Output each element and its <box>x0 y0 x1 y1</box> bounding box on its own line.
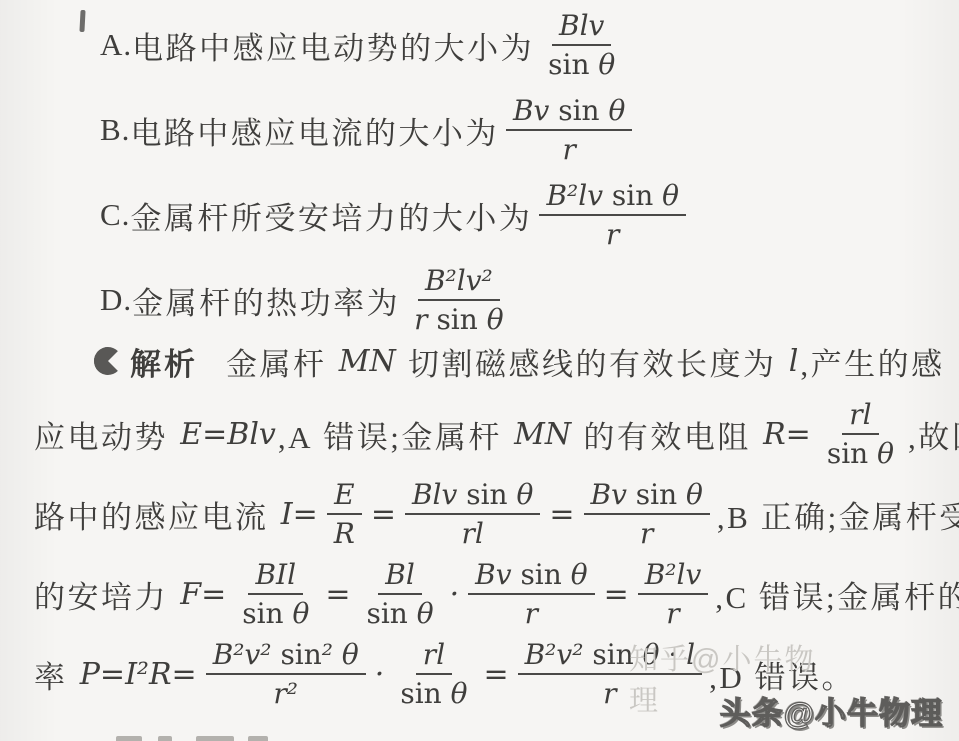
math-segment: = <box>483 657 508 692</box>
math-segment: B²v² sin θ · l <box>525 638 696 671</box>
text-segment: ,产生的感 <box>800 339 944 384</box>
math-segment: B²v² sin² θ <box>213 638 359 671</box>
pacman-bullet-icon <box>94 347 122 375</box>
math-segment: sin θ <box>548 48 615 81</box>
fraction-numerator: Bv sin θ <box>584 480 710 515</box>
math-segment: r² <box>273 677 298 710</box>
math-segment: rl <box>849 398 871 431</box>
fraction-denominator: sin θ <box>359 595 440 628</box>
fraction-denominator: r <box>633 515 660 548</box>
text-segment: ,B 正确;金属杆受到 <box>717 492 959 537</box>
fraction-denominator: r <box>518 595 545 628</box>
math-segment: = <box>604 577 629 612</box>
option-A: A.电路中感应电动势的大小为Blvsin θ <box>100 4 693 86</box>
math-segment: Bv sin θ <box>475 558 587 591</box>
math-segment: Bl <box>385 558 415 591</box>
math-segment: B²lv <box>645 558 702 591</box>
fraction: Bv sin θr <box>468 560 594 629</box>
option-label: A. <box>100 27 132 63</box>
math-segment: E=Blv <box>180 417 276 452</box>
math-segment: P=I²R= <box>80 657 197 692</box>
fraction-denominator: r <box>599 216 626 249</box>
fraction-denominator: sin θ <box>235 595 316 628</box>
fraction-denominator: r <box>659 595 686 628</box>
math-segment: = <box>325 577 350 612</box>
option-label: B. <box>100 112 130 148</box>
fraction-numerator: BIl <box>248 560 303 595</box>
fraction-numerator: B²lv sin θ <box>539 181 686 216</box>
text-segment: 的安培力 <box>34 572 178 617</box>
math-segment: E <box>334 478 354 511</box>
math-segment: · <box>450 577 460 612</box>
fraction: rlsin θ <box>820 400 901 469</box>
option-text: 金属杆的热功率为 <box>132 278 400 323</box>
fraction-denominator: r <box>596 675 623 708</box>
fraction-numerator: Bl <box>378 560 422 595</box>
text-segment: ,A 错误;金属杆 <box>278 412 512 457</box>
math-segment: r <box>525 597 538 630</box>
fraction-denominator: r <box>555 131 582 164</box>
text-segment: 应电动势 <box>34 412 178 457</box>
math-segment: BIl <box>255 558 296 591</box>
fraction-numerator: B²lv <box>638 560 709 595</box>
option-text: 金属杆所受安培力的大小为 <box>130 193 532 238</box>
fraction-numerator: rl <box>842 400 878 435</box>
fraction-denominator: r² <box>266 675 305 708</box>
math-segment: sin θ <box>366 597 433 630</box>
math-segment: Bv sin θ <box>591 478 703 511</box>
analysis-line: 率 P=I²R=B²v² sin² θr²·rlsin θ=B²v² sin θ… <box>34 634 934 714</box>
option-D: D.金属杆的热功率为B²lv²r sin θ <box>100 259 693 341</box>
math-segment: · <box>375 657 385 692</box>
math-segment: r <box>666 597 679 630</box>
math-segment: R <box>334 517 355 550</box>
fraction: B²lvr <box>638 560 709 629</box>
option-label: C. <box>100 197 130 233</box>
fraction: Blvsin θ <box>541 11 622 80</box>
math-segment: Blv <box>559 9 604 42</box>
fraction-numerator: Bv sin θ <box>506 96 632 131</box>
option-text: 电路中感应电动势的大小为 <box>132 23 534 68</box>
fraction-numerator: B²lv² <box>418 266 500 301</box>
math-segment: rl <box>423 638 445 671</box>
text-segment: 路中的感应电流 <box>34 492 279 537</box>
fraction: Blv sin θrl <box>405 480 540 549</box>
math-segment: B²lv² <box>425 264 493 297</box>
option-C: C.金属杆所受安培力的大小为B²lv sin θr <box>100 174 693 256</box>
fraction-numerator: Bv sin θ <box>468 560 594 595</box>
fraction-numerator: B²v² sin² θ <box>206 640 366 675</box>
math-segment: = <box>371 497 396 532</box>
fraction-numerator: B²v² sin θ · l <box>518 640 703 675</box>
math-segment: MN <box>514 417 571 452</box>
fraction-denominator: sin θ <box>820 435 901 468</box>
option-B: B.电路中感应电流的大小为Bv sin θr <box>100 89 693 171</box>
fraction: B²v² sin² θr² <box>206 640 366 709</box>
cutoff-char-top <box>196 736 234 741</box>
fraction-denominator: sin θ <box>541 46 622 79</box>
math-segment: = <box>549 497 574 532</box>
cutoff-next-line <box>0 733 500 741</box>
math-segment: sin θ <box>242 597 309 630</box>
analysis-section: 解析金属杆 MN 切割磁感线的有效长度为 l,产生的感应电动势 E=Blv,A … <box>34 336 934 714</box>
text-segment: 率 <box>34 652 78 697</box>
fraction-denominator: rl <box>455 515 491 548</box>
options-list: A.电路中感应电动势的大小为Blvsin θB.电路中感应电流的大小为Bv si… <box>100 4 693 344</box>
fraction: B²lv sin θr <box>539 181 686 250</box>
analysis-line: 应电动势 E=Blv,A 错误;金属杆 MN 的有效电阻 R=rlsin θ,故… <box>34 394 934 474</box>
analysis-label: 解析 <box>130 339 198 384</box>
fraction-numerator: Blv <box>552 11 611 46</box>
analysis-line: 解析金属杆 MN 切割磁感线的有效长度为 l,产生的感 <box>34 336 934 386</box>
fraction-numerator: Blv sin θ <box>405 480 540 515</box>
math-segment: r <box>603 677 616 710</box>
fraction-denominator: sin θ <box>393 675 474 708</box>
fraction: Bv sin θr <box>584 480 710 549</box>
fraction: Blsin θ <box>359 560 440 629</box>
cutoff-char-top <box>116 736 142 741</box>
fraction: Bv sin θr <box>506 96 632 165</box>
cutoff-char-top <box>248 736 268 741</box>
math-segment: Blv sin θ <box>412 478 533 511</box>
fraction: B²lv²r sin θ <box>407 266 510 335</box>
fraction-numerator: E <box>327 480 361 515</box>
text-segment: ,D 错误。 <box>709 652 855 697</box>
math-segment: r sin θ <box>414 303 503 336</box>
fraction-numerator: rl <box>416 640 452 675</box>
scan-artifact-mark <box>79 10 85 32</box>
math-segment: I= <box>281 497 318 532</box>
option-label: D. <box>100 282 132 318</box>
math-segment: sin θ <box>400 677 467 710</box>
math-segment: r <box>640 517 653 550</box>
option-text: 电路中感应电流的大小为 <box>130 108 499 153</box>
math-segment: F= <box>180 577 226 612</box>
scanned-document-page: A.电路中感应电动势的大小为Blvsin θB.电路中感应电流的大小为Bv si… <box>0 0 959 741</box>
math-segment: r <box>606 218 619 251</box>
math-segment: Bv sin θ <box>513 94 625 127</box>
math-segment: l <box>789 344 799 379</box>
text-segment: ,C 错误;金属杆的热功 <box>715 572 959 617</box>
fraction: rlsin θ <box>393 640 474 709</box>
analysis-line: 路中的感应电流 I=ER=Blv sin θrl=Bv sin θr,B 正确;… <box>34 474 934 554</box>
math-segment: rl <box>462 517 484 550</box>
fraction: ER <box>327 480 362 549</box>
math-segment: sin θ <box>827 437 894 470</box>
fraction-denominator: r sin θ <box>407 301 510 334</box>
text-segment: 切割磁感线的有效长度为 <box>398 339 787 384</box>
cutoff-char-top <box>158 736 172 741</box>
analysis-line: 的安培力 F=BIlsin θ=Blsin θ·Bv sin θr=B²lvr,… <box>34 554 934 634</box>
math-segment: MN <box>339 344 396 379</box>
fraction-denominator: R <box>327 515 362 548</box>
math-segment: r <box>562 133 575 166</box>
fraction: BIlsin θ <box>235 560 316 629</box>
fraction: B²v² sin θ · lr <box>518 640 703 709</box>
math-segment: R= <box>763 417 811 452</box>
text-segment: 的有效电阻 <box>573 412 761 457</box>
text-segment: ,故回 <box>908 412 959 457</box>
text-segment: 金属杆 <box>226 339 337 384</box>
math-segment: B²lv sin θ <box>546 179 679 212</box>
